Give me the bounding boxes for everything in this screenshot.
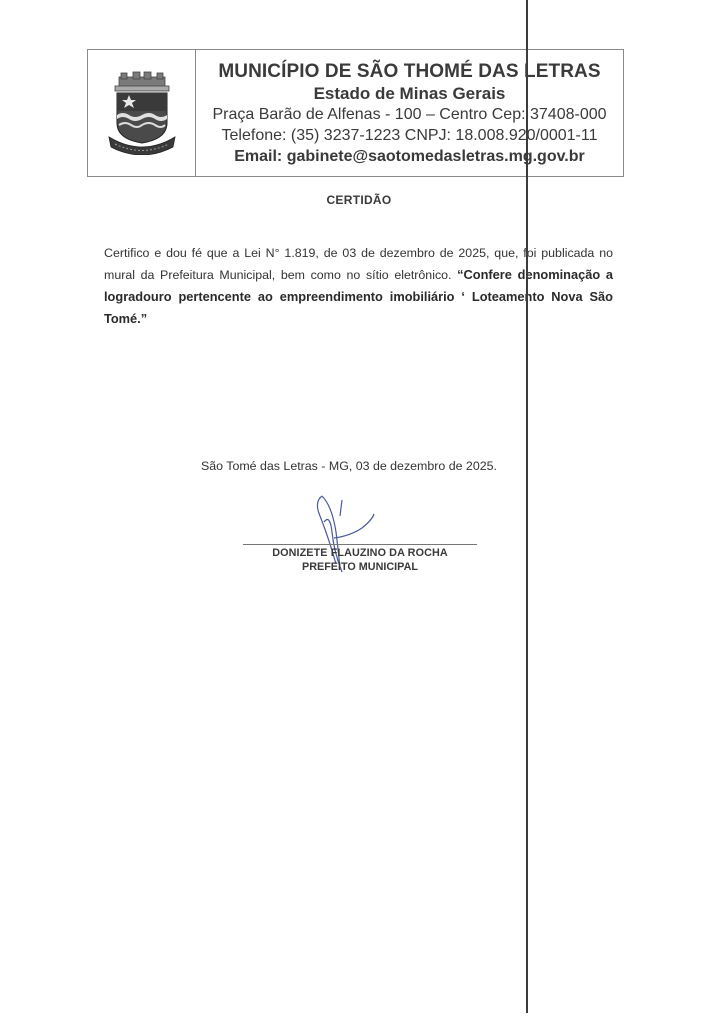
- phone-cnpj: Telefone: (35) 3237-1223 CNPJ: 18.008.92…: [222, 125, 598, 146]
- municipal-coat-of-arms-icon: [107, 71, 177, 155]
- scan-artifact-line: [526, 0, 528, 1013]
- state-name: Estado de Minas Gerais: [314, 83, 506, 104]
- signer-role: PREFEITO MUNICIPAL: [243, 561, 477, 573]
- document-title: CERTIDÃO: [0, 193, 718, 207]
- logo-cell: [88, 50, 196, 176]
- certificate-body: Certifico e dou fé que a Lei N° 1.819, d…: [104, 243, 613, 330]
- signer-name: DONIZETE FLAUZINO DA ROCHA: [243, 547, 477, 559]
- municipality-name: MUNICÍPIO DE SÃO THOMÉ DAS LETRAS: [218, 61, 600, 83]
- letterhead-info: MUNICÍPIO DE SÃO THOMÉ DAS LETRAS Estado…: [196, 50, 623, 176]
- email: Email: gabinete@saotomedasletras.mg.gov.…: [234, 146, 585, 167]
- place-date: São Tomé das Letras - MG, 03 de dezembro…: [201, 459, 497, 473]
- address: Praça Barão de Alfenas - 100 – Centro Ce…: [212, 104, 606, 125]
- signature-line: [243, 544, 477, 545]
- letterhead: MUNICÍPIO DE SÃO THOMÉ DAS LETRAS Estado…: [87, 49, 624, 177]
